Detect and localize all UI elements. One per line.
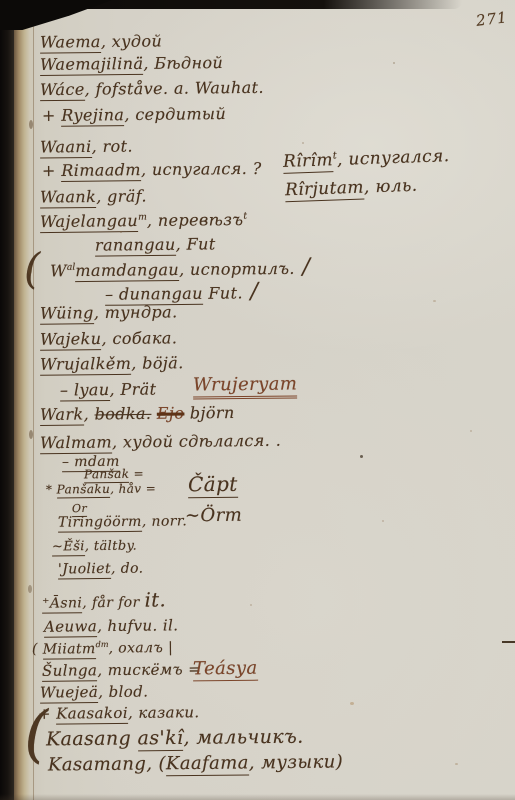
headword: Rîrîm <box>283 150 334 174</box>
entry-line: Wüing, тундра. <box>40 303 178 322</box>
entry-line: ~Örm <box>185 506 242 526</box>
entry-line: Wrujalkěm, böjä. <box>40 354 184 373</box>
paper-speck <box>28 585 32 593</box>
gloss-text: Fut. <box>203 283 243 302</box>
headword: Wüing <box>40 303 94 325</box>
paper-speck <box>120 231 122 233</box>
paren-mark: ( <box>24 244 41 293</box>
headword: Kaasakoi <box>56 704 128 725</box>
entry-line: Waani, rot. <box>40 138 133 157</box>
entry-line: – dunangau Fut. / <box>105 279 259 305</box>
entry-line: Šulnga, тискёмъ = <box>42 661 201 679</box>
gloss-text: , охалъ | <box>108 640 173 657</box>
gloss-text: , худой сдѣлался. . <box>112 431 281 452</box>
gloss-text: , испугался. <box>337 146 450 170</box>
paper-speck <box>360 455 363 458</box>
paper-speck <box>29 120 33 129</box>
gloss-text: + <box>42 106 61 125</box>
gloss-text: , gräf. <box>96 186 147 206</box>
gloss-text: , испортилъ. <box>179 259 295 279</box>
headword: Ryejina <box>61 105 124 127</box>
gloss-text: = <box>141 481 156 495</box>
entry-line: Wrujeryam <box>193 374 297 395</box>
gloss-text: * <box>46 482 57 496</box>
entry-line: Wajeku, собака. <box>40 329 177 348</box>
entry-line: + Ryejina, сердитый <box>42 105 226 125</box>
headword: ~Ěši <box>52 539 85 556</box>
gloss-text: , мальчикъ. <box>183 726 303 749</box>
headword: Panšaku <box>57 482 111 499</box>
headword: Waemajilinä̈ <box>40 54 144 76</box>
paren-mark: ( <box>24 246 41 292</box>
entry-line: Or <box>72 503 87 515</box>
headword: – lyau <box>60 380 110 402</box>
gloss-text: björn <box>184 403 234 423</box>
headword: Walmam <box>40 433 112 455</box>
gloss-text: / <box>295 254 311 280</box>
paper-speck <box>302 142 304 144</box>
gloss-text: t <box>243 211 247 222</box>
entry-line: Waank, gräf. <box>40 187 147 206</box>
entry-line: ⁺Āsni, får for it. <box>42 589 166 612</box>
gloss-text: , тискёмъ = <box>97 660 201 679</box>
gloss-text: ( <box>32 641 43 657</box>
entry-line: Aeuwa, hufvu. il. <box>44 617 179 635</box>
entry-line: Panšak = <box>84 468 144 482</box>
entry-line: Kaasang as'kî, мальчикъ. <box>46 727 304 751</box>
headword: ranangau <box>95 235 176 257</box>
gloss-text: Kasamang, ( <box>48 753 166 775</box>
entry-line: Wajelangaum, перевѣзъt <box>40 211 247 231</box>
entry-line: Teásya <box>193 659 258 679</box>
gloss-text: W <box>50 261 67 280</box>
entry-line: ( Miiatmdm, охалъ | <box>32 639 173 658</box>
gloss-text: , hufvu. il. <box>97 616 178 635</box>
entry-line: – lyau, Prät <box>60 380 157 399</box>
entry-line: Rîrjutam, юль. <box>285 177 418 200</box>
headword: mamdangau <box>75 260 179 282</box>
headword: as'kî <box>137 727 183 751</box>
headword: Rimaadm <box>61 160 141 182</box>
entry-line: ranangau, Fut <box>95 235 216 254</box>
headword: Čäpt <box>188 472 238 499</box>
paper-speck <box>433 300 436 302</box>
gloss-text: = <box>129 467 144 481</box>
scan-corner <box>0 0 112 30</box>
headword: Šulnga <box>42 661 98 682</box>
gloss-text: , юль. <box>364 176 418 198</box>
gloss-text: , norr. <box>142 513 188 529</box>
gloss-text: , tältby. <box>85 539 137 555</box>
gloss-text: , Бѣдной <box>143 53 223 73</box>
headword: Wajeku <box>40 329 102 351</box>
entry-line: Walmamdangau, испортилъ. / <box>50 255 311 282</box>
headword: ⁺Āsni <box>42 595 82 613</box>
headword: Wark <box>40 405 84 426</box>
manuscript-page: 271 Waema, худойWaemajilinä̈, БѣднойWáce… <box>0 0 515 800</box>
gloss-text: , тундра. <box>94 302 178 322</box>
gloss-text: Kaasang <box>46 727 138 750</box>
headword: Waank <box>40 187 96 209</box>
gloss-text: , перевѣзъ <box>147 210 244 230</box>
gloss-text: , испугался. ? <box>141 159 262 179</box>
headword: Rîrjutam <box>285 178 365 203</box>
entry-line: + Rimaadm, испугался. ? <box>42 160 262 180</box>
entry-line: Wuejeä, blod. <box>40 683 149 701</box>
paper-speck <box>28 265 32 275</box>
gloss-text: , fofståve. a. Wauhat. <box>85 78 264 99</box>
entry-line: Tiringöörm, norr. <box>58 514 187 531</box>
headword: Wajelangau <box>40 211 138 233</box>
headword: Wrujeryam <box>193 373 298 399</box>
gloss-text: Ejo <box>157 404 185 423</box>
entry-line: Kasamang, (Kaafama, музыки) <box>48 752 343 775</box>
entry-line: * Panšaku, håv = <box>46 482 156 496</box>
gloss-text: dm <box>96 639 109 649</box>
paper-speck <box>250 604 252 606</box>
gloss-text: , музыки) <box>249 751 343 773</box>
book-binding <box>0 0 14 800</box>
gloss-text: , казаки. <box>128 703 200 722</box>
gloss-text: , Prät <box>109 379 156 398</box>
paper-speck <box>470 430 472 432</box>
headword: Wáce <box>40 80 85 101</box>
entry-line: + Kaasakoi, казаки. <box>38 704 200 722</box>
paper-speck <box>350 702 354 705</box>
gloss-text: ~Örm <box>185 505 242 527</box>
entry-line: 'Juoliet, do. <box>58 562 144 578</box>
entry-line: Rîrîmt, испугался. <box>283 147 450 171</box>
headword: Miiatm <box>43 641 96 660</box>
headword: Tiringöörm <box>58 514 142 533</box>
page-number: 271 <box>475 8 509 30</box>
paper-speck <box>29 430 33 439</box>
stray-mark <box>502 641 515 643</box>
paper-speck <box>382 520 384 522</box>
gloss-text: bodka. <box>94 404 151 424</box>
gloss-text: , <box>83 404 94 423</box>
entry-line: Waema, худой <box>40 32 162 51</box>
headword: Kaafama <box>166 752 249 776</box>
headword: Waani <box>40 137 92 159</box>
gloss-text: + <box>42 161 61 180</box>
scan-bottom-shadow <box>0 794 515 800</box>
headword: Aeuwa <box>44 617 97 638</box>
gloss-text: , rot. <box>91 137 133 156</box>
gloss-text: , худой <box>101 31 163 51</box>
gloss-text: , blod. <box>98 682 148 701</box>
entry-line: Waemajilinä̈, Бѣдной <box>40 54 223 74</box>
gloss-text: , böjä. <box>131 353 184 373</box>
headword: 'Juoliet <box>58 561 111 580</box>
binding-crease <box>33 0 34 800</box>
gloss-text: / <box>243 278 259 304</box>
entry-line: Wark, bodka. Ejo björn <box>40 404 235 424</box>
gloss-text: , får for <box>82 595 144 612</box>
headword: Wrujalkěm <box>40 354 131 376</box>
gloss-text: , do. <box>111 561 144 577</box>
paper-speck <box>455 763 458 765</box>
gloss-text: , сердитый <box>124 104 226 124</box>
headword: Teásya <box>193 658 258 682</box>
entry-line: Čäpt <box>188 473 238 496</box>
paper-speck <box>393 62 395 64</box>
entry-line: Wáce, fofståve. a. Wauhat. <box>40 79 264 99</box>
entry-line: ~Ěši, tältby. <box>52 540 137 555</box>
gloss-text: , håv <box>110 482 141 496</box>
headword: Waema <box>40 32 101 54</box>
gloss-text: , собака. <box>101 328 177 348</box>
gloss-text: m <box>138 212 147 223</box>
entry-line: Walmam, худой сдѣлался. . <box>40 432 281 452</box>
gloss-text: , Fut <box>176 234 216 253</box>
gloss-text: it. <box>144 588 166 611</box>
